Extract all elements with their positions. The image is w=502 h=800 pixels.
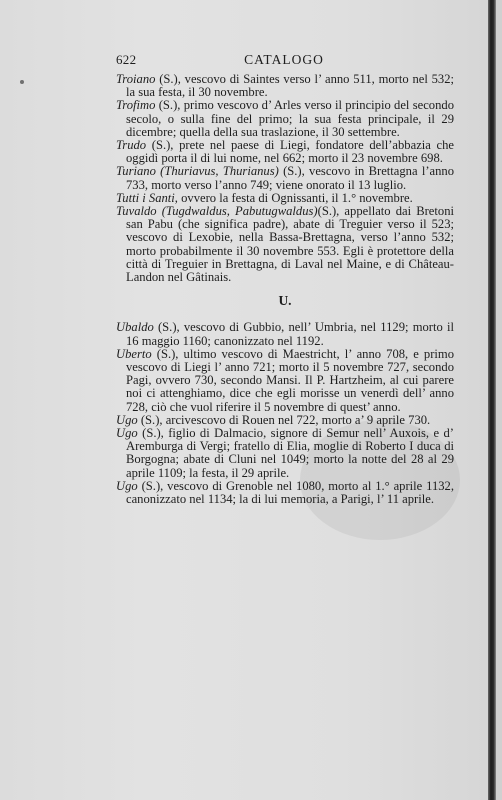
- page-header: 622 CATALOGO: [116, 52, 452, 68]
- entry-text: (S.), arcivescovo di Rouen nel 722, mort…: [138, 413, 431, 427]
- entry-name: Uberto: [116, 347, 152, 361]
- entry-name: Ugo: [116, 479, 138, 493]
- catalog-entry: Trofimo (S.), primo vescovo d’ Arles ver…: [116, 99, 454, 139]
- catalog-entry: Ugo (S.), vescovo di Grenoble nel 1080, …: [116, 480, 454, 506]
- entry-text: , ovvero la festa di Ognissanti, il 1.° …: [175, 191, 413, 205]
- catalog-entry: Ugo (S.), figlio di Dalmacio, signore di…: [116, 427, 454, 480]
- page-edge-shadow: [488, 0, 496, 800]
- entry-text: (S.), prete nel paese di Liegi, fondator…: [126, 138, 454, 165]
- entry-name: Troiano: [116, 72, 155, 86]
- ink-speck: [20, 80, 24, 84]
- entry-name: Ugo: [116, 413, 138, 427]
- catalog-entry: Troiano (S.), vescovo di Saintes verso l…: [116, 73, 454, 99]
- entry-text: (S.), vescovo di Grenoble nel 1080, mort…: [126, 479, 454, 506]
- entry-text: (S.), ultimo vescovo di Maestricht, l’ a…: [126, 347, 454, 414]
- entry-name: Tuvaldo (Tugdwaldus, Pabutugwaldus): [116, 204, 318, 218]
- entry-text: (S.), vescovo di Saintes verso l’ anno 5…: [126, 72, 454, 99]
- catalog-entry: Tuvaldo (Tugdwaldus, Pabutugwaldus)(S.),…: [116, 205, 454, 284]
- catalog-entry: Uberto (S.), ultimo vescovo di Maestrich…: [116, 348, 454, 414]
- running-title: CATALOGO: [116, 52, 452, 68]
- entry-name: Ugo: [116, 426, 138, 440]
- entry-name: Turiano (Thuriavus, Thurianus): [116, 164, 279, 178]
- catalog-entry: Ubaldo (S.), vescovo di Gubbio, nell’ Um…: [116, 321, 454, 347]
- catalog-entry: Turiano (Thuriavus, Thurianus) (S.), ves…: [116, 165, 454, 191]
- adjacent-page-edge: [496, 0, 502, 800]
- entry-name: Tutti i Santi: [116, 191, 175, 205]
- catalog-entry: Trudo (S.), prete nel paese di Liegi, fo…: [116, 139, 454, 165]
- section-heading: U.: [116, 294, 454, 307]
- entry-text: (S.), figlio di Dalmacio, signore di Sem…: [126, 426, 454, 480]
- entry-name: Ubaldo: [116, 320, 154, 334]
- book-page: 622 CATALOGO Troiano (S.), vescovo di Sa…: [0, 0, 490, 800]
- entry-text: (S.), vescovo di Gubbio, nell’ Umbria, n…: [126, 320, 454, 347]
- entry-name: Trofimo: [116, 98, 155, 112]
- entry-text: (S.), primo vescovo d’ Arles verso il pr…: [126, 98, 454, 138]
- entry-name: Trudo: [116, 138, 146, 152]
- text-column: Troiano (S.), vescovo di Saintes verso l…: [116, 73, 454, 506]
